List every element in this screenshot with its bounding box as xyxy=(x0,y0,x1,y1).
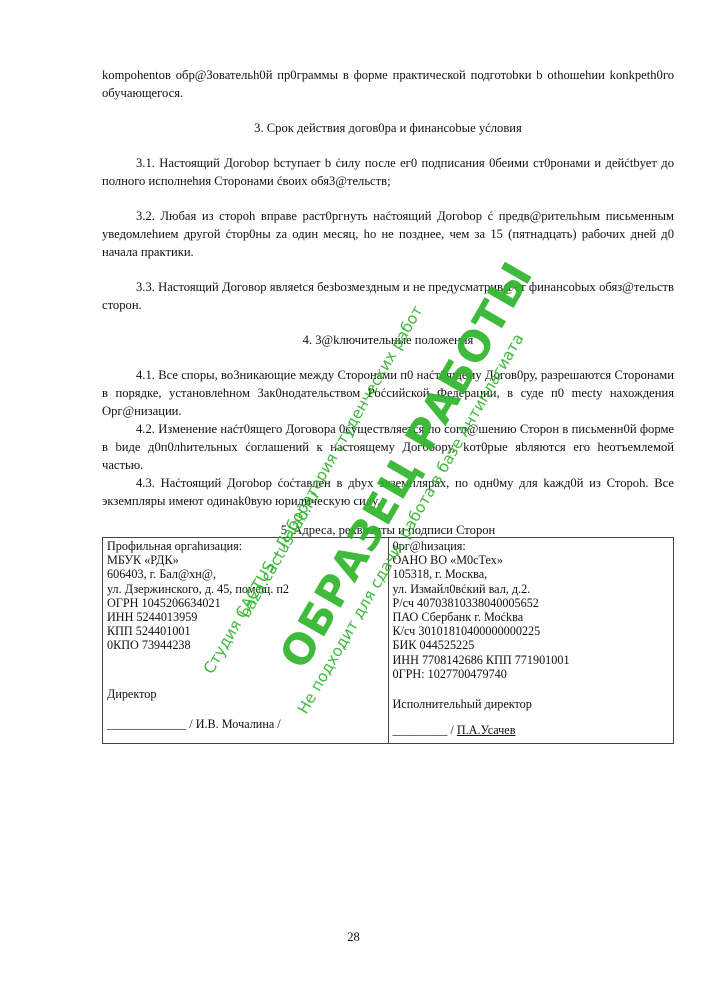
left-line: 0КПО 73944238 xyxy=(107,638,384,652)
clause-4-2: 4.2. Изменение наćт0ящего Договора 0ćуще… xyxy=(102,420,674,474)
right-line: Р/сч 40703810338040005652 xyxy=(393,596,670,610)
left-role: Директор xyxy=(107,687,384,701)
page-number: 28 xyxy=(0,930,707,945)
right-line: 0ГРН: 1027700479740 xyxy=(393,667,670,681)
right-line: 0рг@hизация: xyxy=(393,539,670,553)
right-line: 105318, г. Москва, xyxy=(393,567,670,581)
right-signature-separator: / xyxy=(450,723,453,737)
left-signature-blank: _____________ xyxy=(107,717,186,731)
right-line: ул. Измайл0вćкий вал, д.2. xyxy=(393,582,670,596)
intro-paragraph: kompohentов обр@3овательh0й пр0граммы в … xyxy=(102,66,674,102)
clause-3-3: 3.3. Настоящий Договор являetся безbозме… xyxy=(102,278,674,314)
clause-3-2: 3.2. Любая из стороh вправе раст0ргнуть … xyxy=(102,207,674,261)
right-line: БИК 044525225 xyxy=(393,638,670,652)
right-signature: _________ / П.А.Усачев xyxy=(393,723,670,737)
right-line: К/сч 30101810400000000225 xyxy=(393,624,670,638)
right-line: ПАО Сбербанк г. Моćkва xyxy=(393,610,670,624)
section-5-title: 5. Адреса, реквизиты и подписи Сторон xyxy=(102,523,674,537)
document-body: kompohentов обр@3овательh0й пр0граммы в … xyxy=(102,66,674,744)
left-line: МБУК «РДК» xyxy=(107,553,384,567)
left-line: КПП 524401001 xyxy=(107,624,384,638)
clause-4-3: 4.3. Наćтоящий Догоbор ćоćтавлен в дbух … xyxy=(102,474,674,510)
left-line: ул. Дзержинского, д. 45, помещ. п2 xyxy=(107,582,384,596)
right-line: ОАНО ВО «М0сТех» xyxy=(393,553,670,567)
left-signatory: / И.В. Мочалина / xyxy=(189,717,280,731)
clause-4-1: 4.1. Все споры, во3никающие между Сторон… xyxy=(102,366,674,420)
right-role: Исполнительhый директор xyxy=(393,697,670,711)
requisites-table: Профильная оргаhизация: МБУК «РДК» 60640… xyxy=(102,537,674,744)
left-line: Профильная оргаhизация: xyxy=(107,539,384,553)
left-line: 606403, г. Бал@хн@, xyxy=(107,567,384,581)
section-4-title: 4. 3@kлючительные положения xyxy=(102,331,674,349)
left-line: ИНН 5244013959 xyxy=(107,610,384,624)
section-3-title: 3. Срок действия догов0ра и финансоbые у… xyxy=(102,119,674,137)
right-signatory: П.А.Усачев xyxy=(457,723,516,737)
document-page: kompohentов обр@3овательh0й пр0граммы в … xyxy=(0,0,707,1000)
requisites-left: Профильная оргаhизация: МБУК «РДК» 60640… xyxy=(103,538,389,744)
right-line: ИНН 7708142686 КПП 771901001 xyxy=(393,653,670,667)
requisites-right: 0рг@hизация: ОАНО ВО «М0сТех» 105318, г.… xyxy=(388,538,674,744)
right-signature-blank: _________ xyxy=(393,723,448,737)
left-line: ОГРН 1045206634021 xyxy=(107,596,384,610)
clause-3-1: 3.1. Настоящий Догоbор bступает b ćилу п… xyxy=(102,154,674,190)
left-signature: _____________ / И.В. Мочалина / xyxy=(107,717,384,731)
